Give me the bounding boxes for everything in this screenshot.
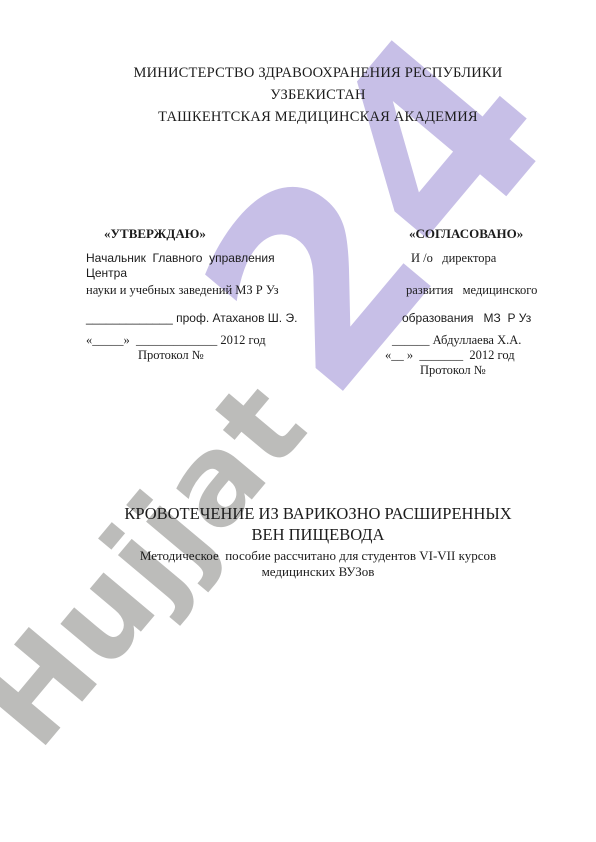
approve-heading: «УТВЕРЖДАЮ» [86, 226, 378, 241]
agree-heading: «СОГЛАСОВАНО» [385, 226, 580, 241]
ministry-line-2: УЗБЕКИСТАН [68, 84, 568, 106]
approver-protocol-line: Протокол № [86, 348, 378, 363]
academy-line: ТАШКЕНТСКАЯ МЕДИЦИНСКАЯ АКАДЕМИЯ [68, 106, 568, 128]
document-title-line-2: ВЕН ПИЩЕВОДА [68, 524, 568, 545]
document-title-block: КРОВОТЕЧЕНИЕ ИЗ ВАРИКОЗНО РАСШИРЕННЫХ ВЕ… [68, 503, 568, 579]
agree-position-line-2: развития медицинского [385, 283, 580, 298]
agree-signature-line: ______ Абдуллаева Х.А. [385, 333, 580, 348]
agree-position-line-3: образования МЗ Р Уз [385, 311, 580, 326]
agree-position-line-1: И /о директора [385, 251, 580, 266]
ministry-header: МИНИСТЕРСТВО ЗДРАВООХРАНЕНИЯ РЕСПУБЛИКИ … [68, 62, 568, 128]
document-title-line-1: КРОВОТЕЧЕНИЕ ИЗ ВАРИКОЗНО РАСШИРЕННЫХ [68, 503, 568, 524]
agree-date-line: «__ » _______ 2012 год [385, 348, 580, 363]
approver-position-line-3: науки и учебных заведений МЗ Р Уз [86, 283, 378, 298]
document-subtitle-line-1: Методическое пособие рассчитано для студ… [68, 548, 568, 564]
approver-signature-line: _____________ проф. Атаханов Ш. Э. [86, 311, 378, 326]
agree-protocol-line: Протокол № [385, 363, 580, 378]
approver-date-line: «_____» _____________ 2012 год [86, 333, 378, 348]
approver-position-line-2: Центра [86, 266, 378, 281]
document-page: Hujjat24 МИНИСТЕРСТВО ЗДРАВООХРАНЕНИЯ РЕ… [0, 0, 596, 842]
approval-left-column: «УТВЕРЖДАЮ» Начальник Главного управлени… [86, 226, 378, 363]
document-subtitle-line-2: медицинских ВУЗов [68, 564, 568, 580]
ministry-line-1: МИНИСТЕРСТВО ЗДРАВООХРАНЕНИЯ РЕСПУБЛИКИ [68, 62, 568, 84]
document-subtitle: Методическое пособие рассчитано для студ… [68, 548, 568, 579]
approval-right-column: «СОГЛАСОВАНО» И /о директора развития ме… [385, 226, 580, 378]
approver-position-line-1: Начальник Главного управления [86, 251, 378, 266]
